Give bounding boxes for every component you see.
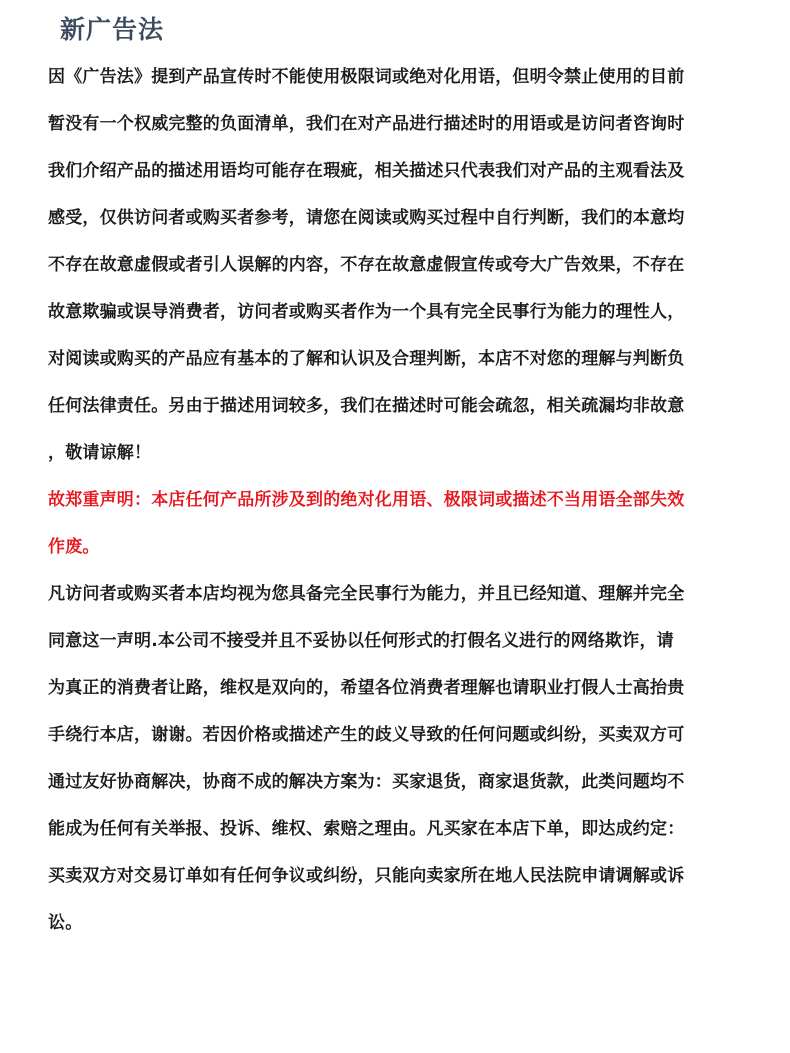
text-line: 为真正的消费者让路，维权是双向的，希望各位消费者理解也请职业打假人士高抬贵: [48, 665, 748, 712]
text-line: 不存在故意虚假或者引人误解的内容，不存在故意虚假宣传或夸大广告效果，不存在: [48, 242, 748, 289]
text-line: 感受，仅供访问者或购买者参考，请您在阅读或购买过程中自行判断，我们的本意均: [48, 195, 748, 242]
warning-text-line: 故郑重声明：本店任何产品所涉及到的绝对化用语、极限词或描述不当用语全部失效: [48, 477, 748, 524]
buyer-agreement-paragraph: 凡访问者或购买者本店均视为您具备完全民事行为能力，并且已经知道、理解并完全 同意…: [48, 571, 748, 947]
text-line: 买卖双方对交易订单如有任何争议或纠纷，只能向卖家所在地人民法院申请调解或诉: [48, 853, 748, 900]
notice-body: 因《广告法》提到产品宣传时不能使用极限词或绝对化用语，但明令禁止使用的目前 暂没…: [48, 54, 748, 947]
text-line: 凡访问者或购买者本店均视为您具备完全民事行为能力，并且已经知道、理解并完全: [48, 571, 748, 618]
text-line: 能成为任何有关举报、投诉、维权、索赔之理由。凡买家在本店下单，即达成约定：: [48, 806, 748, 853]
page-title: 新广告法: [60, 12, 164, 48]
text-line: 通过友好协商解决，协商不成的解决方案为：买家退货，商家退货款，此类问题均不: [48, 759, 748, 806]
warning-text-line: 作废。: [48, 524, 748, 571]
text-line: 暂没有一个权威完整的负面清单，我们在对产品进行描述时的用语或是访问者咨询时: [48, 101, 748, 148]
text-line: 讼。: [48, 900, 748, 947]
text-line: 任何法律责任。另由于描述用词较多，我们在描述时可能会疏忽，相关疏漏均非故意: [48, 383, 748, 430]
text-line: 故意欺骗或误导消费者，访问者或购买者作为一个具有完全民事行为能力的理性人，: [48, 289, 748, 336]
text-line: 我们介绍产品的描述用语均可能存在瑕疵，相关描述只代表我们对产品的主观看法及: [48, 148, 748, 195]
text-line: ，敬请谅解！: [48, 430, 748, 477]
text-line: 对阅读或购买的产品应有基本的了解和认识及合理判断，本店不对您的理解与判断负: [48, 336, 748, 383]
text-line: 因《广告法》提到产品宣传时不能使用极限词或绝对化用语，但明令禁止使用的目前: [48, 54, 748, 101]
text-line: 手绕行本店，谢谢。若因价格或描述产生的歧义导致的任何问题或纠纷，买卖双方可: [48, 712, 748, 759]
text-line: 同意这一声明.本公司不接受并且不妥协以任何形式的打假名义进行的网络欺诈，请: [48, 618, 748, 665]
disclaimer-paragraph: 因《广告法》提到产品宣传时不能使用极限词或绝对化用语，但明令禁止使用的目前 暂没…: [48, 54, 748, 477]
solemn-declaration-paragraph: 故郑重声明：本店任何产品所涉及到的绝对化用语、极限词或描述不当用语全部失效 作废…: [48, 477, 748, 571]
